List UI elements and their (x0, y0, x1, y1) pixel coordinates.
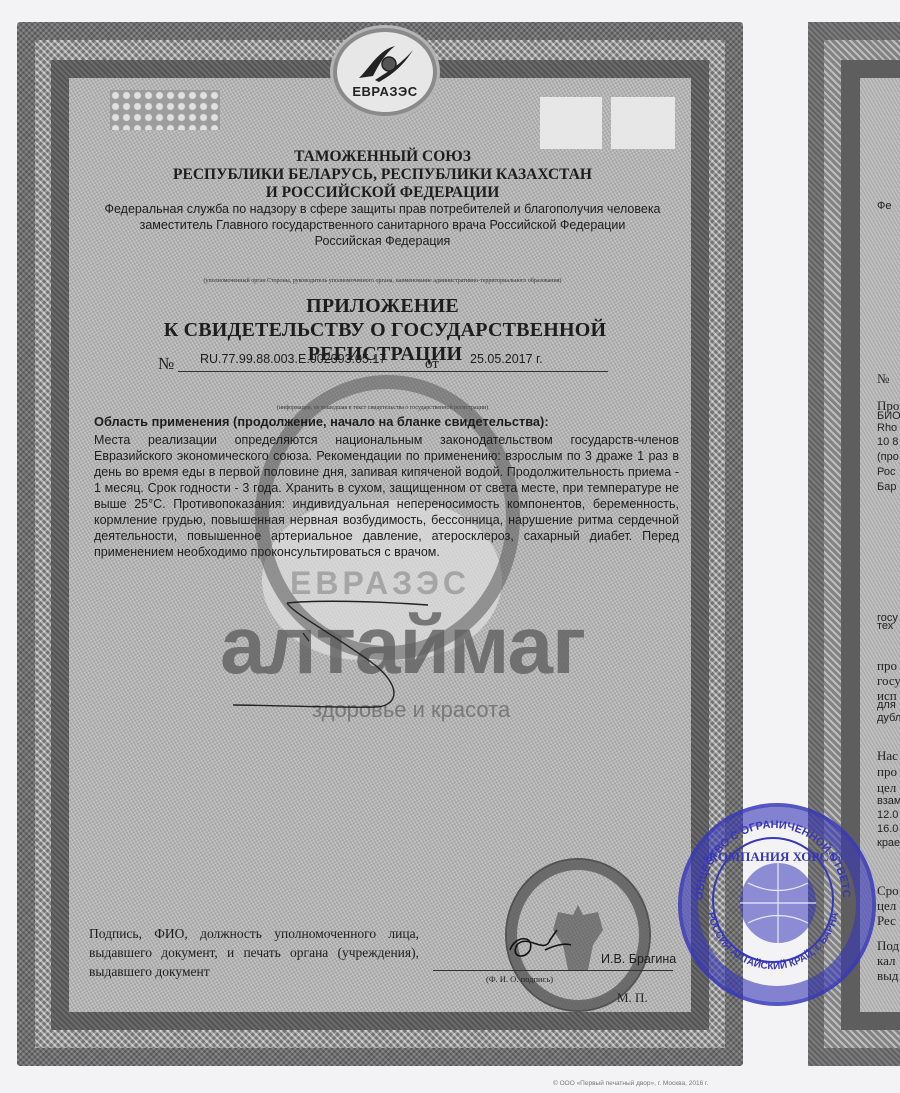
page2-text-fragment: Сро (877, 885, 899, 897)
authority-caption: (уполномоченный орган Стороны, руководит… (90, 278, 675, 284)
redacted-box (611, 97, 675, 149)
underline (178, 371, 608, 372)
registration-date: 25.05.2017 г. (470, 352, 543, 366)
signature-line (433, 970, 673, 971)
evrazes-emblem: ЕВРАЗЭС (333, 28, 437, 116)
page2-text-fragment: тех (877, 620, 893, 632)
page2-text-fragment: Фе (877, 200, 891, 212)
page2-text-fragment: 10 8 (877, 436, 898, 448)
redacted-box (540, 97, 602, 149)
page2-text-fragment: Нас (877, 750, 898, 762)
page2-text-fragment: 16.0 (877, 823, 898, 835)
states-line-2: И РОССИЙСКОЙ ФЕДЕРАЦИИ (90, 184, 675, 202)
page2-text-fragment: госу (877, 675, 900, 687)
seal-place-mark: М. П. (617, 990, 648, 1006)
page2-text-fragment: цел (877, 782, 896, 794)
evrazes-logo-icon (353, 40, 417, 84)
stamp-company-name: «КОМПАНИЯ ХОРСТ» (702, 849, 844, 864)
page2-text-fragment: выд (877, 970, 899, 982)
printer-imprint: © ООО «Первый печатный двор», г. Москва,… (553, 1080, 708, 1087)
page2-text-fragment: про (877, 660, 897, 672)
page2-text-fragment: для (877, 699, 896, 711)
page2-text-fragment: № (877, 373, 889, 385)
union-title: ТАМОЖЕННЫЙ СОЮЗ (90, 148, 675, 166)
page2-text-fragment: взам (877, 795, 900, 807)
page2-text-fragment: дубл (877, 712, 900, 724)
document-title: ПРИЛОЖЕНИЕ (90, 294, 675, 318)
agency-name: Федеральная служба по надзору в сфере за… (80, 201, 685, 217)
page2-text-fragment: Под (877, 940, 899, 952)
emblem-text: ЕВРАЗЭС (337, 84, 433, 99)
handwritten-scribble-icon (225, 595, 475, 715)
signer-name: И.В. Брагина (601, 952, 676, 966)
signature-label: Подпись, ФИО, должность уполномоченного … (89, 924, 419, 981)
page2-text-fragment: крае (877, 837, 900, 849)
country-name: Российская Федерация (90, 233, 675, 249)
scope-section: Область применения (продолжение, начало … (94, 414, 679, 560)
security-pattern (110, 90, 220, 130)
scope-heading: Область применения (продолжение, начало … (94, 414, 679, 430)
registration-number: RU.77.99.88.003.E.002393.05.17 (200, 352, 386, 366)
official-title: заместитель Главного государственного са… (90, 217, 675, 233)
page2-text-fragment: 12.0 (877, 809, 898, 821)
page2-text-fragment: БИОЛ (877, 410, 900, 422)
page2-text-fragment: про (877, 766, 897, 778)
number-sign: № (158, 354, 174, 374)
signature-mark-icon (505, 925, 575, 965)
registration-line: № RU.77.99.88.003.E.002393.05.17 от 25.0… (158, 352, 608, 374)
page2-text-fragment: кал (877, 955, 896, 967)
page2-text-fragment: Рос (877, 466, 895, 478)
fio-caption: (Ф. И. О. подпись) (486, 974, 553, 984)
page2-text-fragment: цел (877, 900, 896, 912)
states-line-1: РЕСПУБЛИКИ БЕЛАРУСЬ, РЕСПУБЛИКИ КАЗАХСТА… (90, 166, 675, 184)
page2-text-fragment: Бар (877, 481, 896, 493)
page2-text-fragment: (про (877, 451, 899, 463)
page2-text-fragment: Рес (877, 915, 896, 927)
company-stamp-icon: ОБЩЕСТВО С ОГРАНИЧЕННОЙ ОТВЕТСТВЕННОСТЬЮ… (678, 803, 868, 998)
page2-text-fragment: Rho (877, 422, 897, 434)
scope-text: Места реализации определяются национальн… (94, 432, 679, 560)
